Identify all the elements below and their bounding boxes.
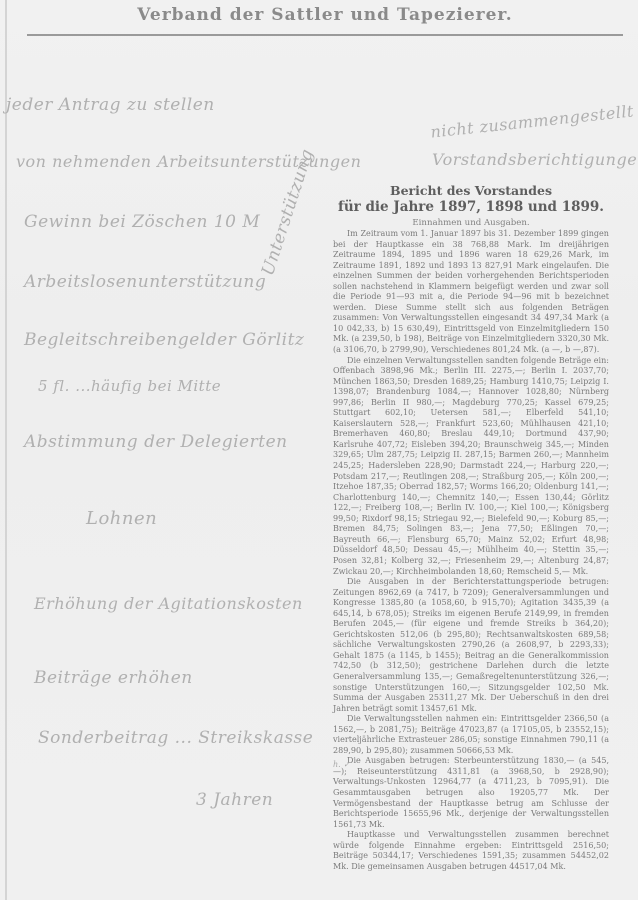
report-paragraph: Im Zeitraum vom 1. Januar 1897 bis 31. D… — [333, 229, 609, 356]
handwritten-note: Begleitschreibengelder Görlitz — [24, 330, 304, 350]
handwritten-note: Erhöhung der Agitationskosten — [34, 594, 303, 613]
header-rule — [27, 34, 623, 36]
handwritten-note: Gewinn bei Zöschen 10 M — [24, 212, 260, 232]
handwritten-note: Arbeitslosenunterstützung — [24, 272, 266, 292]
report-title: Bericht des Vorstandes — [333, 183, 609, 199]
handwritten-note: 5 fl. ...häufig bei Mitte — [38, 377, 221, 395]
report-paragraph: Die Ausgaben betrugen: Sterbeunterstützu… — [333, 756, 609, 830]
report-paragraph: Die Ausgaben in der Berichterstattungspe… — [333, 577, 609, 714]
report-section: Bericht des Vorstandes für die Jahre 189… — [333, 183, 609, 872]
report-paragraph: Die einzelnen Verwaltungsstellen sandten… — [333, 356, 609, 577]
handwritten-note: nicht zusammengestellt — [430, 101, 635, 141]
pencil-mark: h. ✓ — [333, 760, 350, 769]
handwritten-note: jeder Antrag zu stellen — [6, 95, 215, 115]
page-header-title: Verband der Sattler und Tapezierer. — [110, 5, 540, 25]
handwritten-note: 3 Jahren — [196, 790, 273, 810]
report-paragraph: Die Verwaltungsstellen nahmen ein: Eintr… — [333, 714, 609, 756]
binding-edge — [5, 0, 7, 900]
handwritten-note: Lohnen — [86, 508, 157, 529]
report-title-years: für die Jahre 1897, 1898 und 1899. — [333, 199, 609, 215]
report-subtitle: Einnahmen und Ausgaben. — [333, 218, 609, 228]
handwritten-note: Abstimmung der Delegierten — [24, 432, 288, 452]
handwritten-note: Sonderbeitrag ... Streikskasse — [38, 728, 313, 748]
report-paragraph: Hauptkasse und Verwaltungsstellen zusamm… — [333, 830, 609, 872]
document-page: Verband der Sattler und Tapezierer. jede… — [0, 0, 638, 900]
handwritten-note: Beiträge erhöhen — [34, 668, 193, 688]
handwritten-note: Vorstandsberichtigungen — [432, 150, 638, 169]
